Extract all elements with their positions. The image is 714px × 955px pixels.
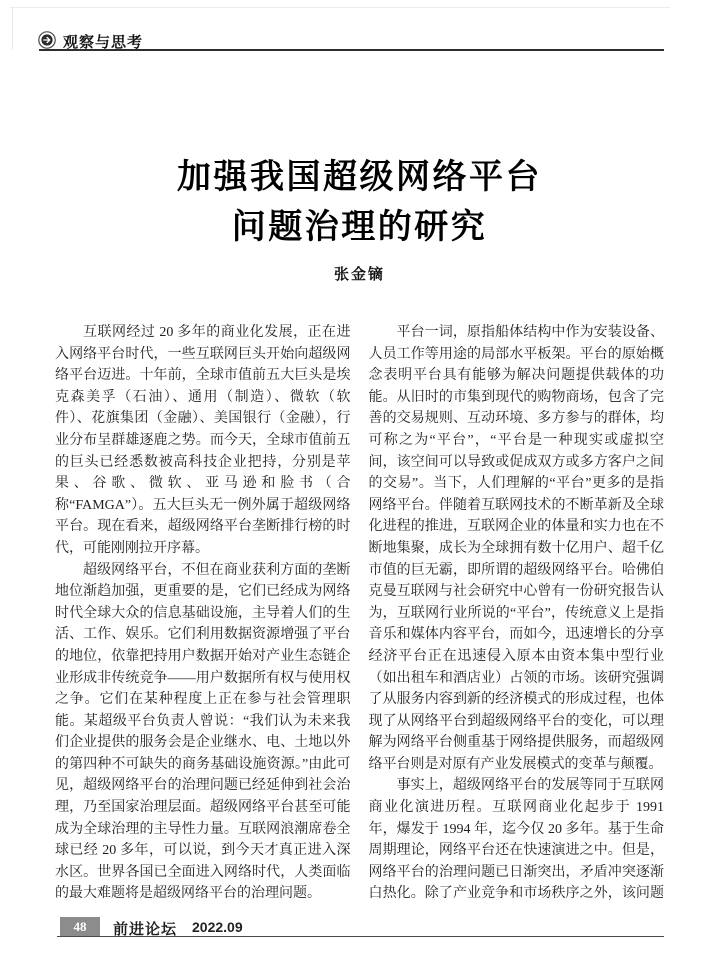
- paragraph: 超级网络平台，不但在商业获利方面的垄断地位渐趋加强，更重要的是，它们已经成为网络…: [55, 560, 351, 906]
- journal-page: 观察与思考 加强我国超级网络平台 问题治理的研究 张金镝 互联网经过 20 多年…: [0, 0, 714, 955]
- article-title-line2: 问题治理的研究: [232, 208, 488, 246]
- article-title: 加强我国超级网络平台 问题治理的研究: [25, 152, 694, 252]
- scan-edge-artifact: [12, 7, 13, 49]
- header-rule: [39, 49, 664, 51]
- article-author: 张金镝: [25, 263, 694, 284]
- paragraph: 互联网经过 20 多年的商业化发展，正在进入网络平台时代，一些互联网巨头开始向超…: [55, 322, 351, 560]
- paragraph: 平台一词，原指船体结构中作为安装设备、人员工作等用途的局部水平板架。平台的原始概…: [369, 322, 665, 775]
- page-number-badge: 48: [60, 917, 100, 936]
- journal-name: 前进论坛: [113, 918, 177, 939]
- article-body: 互联网经过 20 多年的商业化发展，正在进入网络平台时代，一些互联网巨头开始向超…: [55, 322, 664, 912]
- issue-date: 2022.09: [192, 919, 243, 935]
- arrow-circle-icon: [38, 31, 56, 49]
- scan-edge-artifact: [10, 7, 670, 8]
- article-title-line1: 加强我国超级网络平台: [177, 158, 542, 196]
